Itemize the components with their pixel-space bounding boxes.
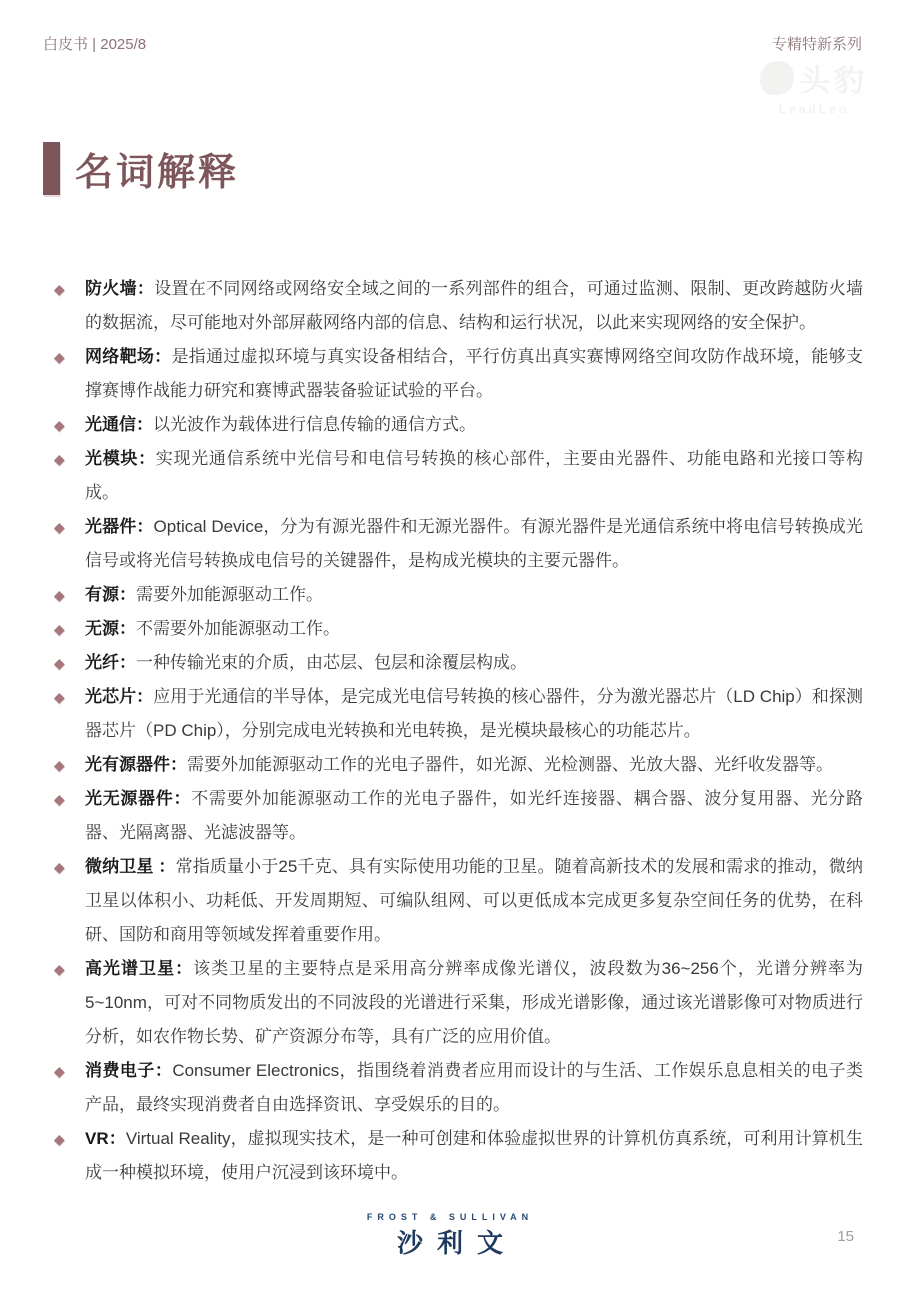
term-item: ◆ 微纳卫星 ：常指质量小于25千克、具有实际使用功能的卫星。随着高新技术的发展… bbox=[43, 850, 863, 952]
term-definition: 实现光通信系统中光信号和电信号转换的核心部件，主要由光器件、功能电路和光接口等构… bbox=[85, 449, 863, 502]
header-right-label: 专精特新系列 bbox=[772, 33, 862, 54]
term-name: 光无源器件： bbox=[85, 789, 191, 808]
section-title-row: 名词解释 bbox=[43, 141, 239, 196]
term-item: ◆ 有源：需要外加能源驱动工作。 bbox=[43, 578, 863, 612]
term-definition: 该类卫星的主要特点是采用高分辨率成像光谱仪，波段数为36~256个，光谱分辨率为… bbox=[85, 959, 863, 1046]
page-header: 白皮书 | 2025/8 专精特新系列 bbox=[43, 33, 862, 54]
term-name: 光通信： bbox=[85, 415, 153, 434]
page-title: 名词解释 bbox=[75, 141, 239, 196]
term-definition: 以光波作为载体进行信息传输的通信方式。 bbox=[153, 415, 476, 434]
term-definition: 不需要外加能源驱动工作的光电子器件，如光纤连接器、耦合器、波分复用器、光分路器、… bbox=[85, 789, 863, 842]
term-item: ◆ 光纤：一种传输光束的介质，由芯层、包层和涂覆层构成。 bbox=[43, 646, 863, 680]
diamond-bullet-icon: ◆ bbox=[43, 1054, 85, 1122]
term-definition: 需要外加能源驱动工作的光电子器件，如光源、光检测器、光放大器、光纤收发器等。 bbox=[187, 755, 833, 774]
logo-wordmark-en: FROST & SULLIVAN bbox=[0, 1212, 900, 1222]
diamond-bullet-icon: ◆ bbox=[43, 646, 85, 680]
term-name: 光芯片： bbox=[85, 687, 153, 706]
page-number: 15 bbox=[837, 1228, 854, 1245]
term-item: ◆ 高光谱卫星：该类卫星的主要特点是采用高分辨率成像光谱仪，波段数为36~256… bbox=[43, 952, 863, 1054]
term-item: ◆ VR：Virtual Reality，虚拟现实技术，是一种可创建和体验虚拟世… bbox=[43, 1122, 863, 1190]
term-item: ◆ 光模块：实现光通信系统中光信号和电信号转换的核心部件，主要由光器件、功能电路… bbox=[43, 442, 863, 510]
glossary-list: ◆ 防火墙：设置在不同网络或网络安全域之间的一系列部件的组合，可通过监测、限制、… bbox=[43, 272, 863, 1190]
term-item: ◆ 防火墙：设置在不同网络或网络安全域之间的一系列部件的组合，可通过监测、限制、… bbox=[43, 272, 863, 340]
term-name: 高光谱卫星： bbox=[85, 959, 193, 978]
term-definition: 需要外加能源驱动工作。 bbox=[136, 585, 323, 604]
diamond-bullet-icon: ◆ bbox=[43, 612, 85, 646]
term-name: 光纤： bbox=[85, 653, 136, 672]
title-accent-bar bbox=[43, 142, 60, 195]
diamond-bullet-icon: ◆ bbox=[43, 340, 85, 408]
term-item: ◆ 光有源器件：需要外加能源驱动工作的光电子器件，如光源、光检测器、光放大器、光… bbox=[43, 748, 863, 782]
diamond-bullet-icon: ◆ bbox=[43, 782, 85, 850]
diamond-bullet-icon: ◆ bbox=[43, 952, 85, 1054]
term-name: 光模块： bbox=[85, 449, 156, 468]
leopard-logo-icon bbox=[760, 61, 794, 95]
header-left-label: 白皮书 | 2025/8 bbox=[43, 33, 146, 54]
term-name: 光器件： bbox=[85, 517, 154, 536]
diamond-bullet-icon: ◆ bbox=[43, 442, 85, 510]
logo-wordmark-cn: 沙利文 bbox=[0, 1223, 900, 1260]
term-name: 防火墙： bbox=[85, 279, 154, 298]
term-definition: Optical Device，分为有源光器件和无源光器件。有源光器件是光通信系统… bbox=[85, 517, 863, 570]
term-item: ◆ 光无源器件：不需要外加能源驱动工作的光电子器件，如光纤连接器、耦合器、波分复… bbox=[43, 782, 863, 850]
term-item: ◆ 网络靶场：是指通过虚拟环境与真实设备相结合，平行仿真出真实赛博网络空间攻防作… bbox=[43, 340, 863, 408]
term-name: 无源： bbox=[85, 619, 136, 638]
term-definition: 应用于光通信的半导体，是完成光电信号转换的核心器件，分为激光器芯片（LD Chi… bbox=[85, 687, 863, 740]
diamond-bullet-icon: ◆ bbox=[43, 680, 85, 748]
term-definition: Consumer Electronics，指围绕着消费者应用而设计的与生活、工作… bbox=[85, 1061, 863, 1114]
term-definition: 是指通过虚拟环境与真实设备相结合，平行仿真出真实赛博网络空间攻防作战环境，能够支… bbox=[85, 347, 863, 400]
diamond-bullet-icon: ◆ bbox=[43, 850, 85, 952]
document-page: 白皮书 | 2025/8 专精特新系列 头豹 LeadLeo 名词解释 ◆ 防火… bbox=[0, 0, 900, 1300]
term-name: VR： bbox=[85, 1129, 126, 1148]
term-name: 有源： bbox=[85, 585, 136, 604]
diamond-bullet-icon: ◆ bbox=[43, 408, 85, 442]
diamond-bullet-icon: ◆ bbox=[43, 748, 85, 782]
term-definition: 设置在不同网络或网络安全域之间的一系列部件的组合，可通过监测、限制、更改跨越防火… bbox=[85, 279, 863, 332]
term-item: ◆ 无源：不需要外加能源驱动工作。 bbox=[43, 612, 863, 646]
term-definition: 一种传输光束的介质，由芯层、包层和涂覆层构成。 bbox=[136, 653, 527, 672]
term-definition: 常指质量小于25千克、具有实际使用功能的卫星。随着高新技术的发展和需求的推动，微… bbox=[85, 857, 863, 944]
diamond-bullet-icon: ◆ bbox=[43, 510, 85, 578]
watermark-latin: LeadLeo bbox=[734, 102, 894, 116]
term-name: 消费电子： bbox=[85, 1061, 172, 1080]
term-definition: 不需要外加能源驱动工作。 bbox=[136, 619, 340, 638]
term-definition: Virtual Reality，虚拟现实技术，是一种可创建和体验虚拟世界的计算机… bbox=[85, 1129, 863, 1182]
watermark-name: 头豹 bbox=[800, 56, 868, 100]
term-item: ◆ 光芯片：应用于光通信的半导体，是完成光电信号转换的核心器件，分为激光器芯片（… bbox=[43, 680, 863, 748]
diamond-bullet-icon: ◆ bbox=[43, 272, 85, 340]
term-name: 光有源器件： bbox=[85, 755, 187, 774]
term-item: ◆ 光器件：Optical Device，分为有源光器件和无源光器件。有源光器件… bbox=[43, 510, 863, 578]
diamond-bullet-icon: ◆ bbox=[43, 578, 85, 612]
term-name: 网络靶场： bbox=[85, 347, 171, 366]
term-name: 微纳卫星 ： bbox=[85, 857, 176, 876]
term-item: ◆ 光通信：以光波作为载体进行信息传输的通信方式。 bbox=[43, 408, 863, 442]
diamond-bullet-icon: ◆ bbox=[43, 1122, 85, 1190]
frost-sullivan-logo: FROST & SULLIVAN 沙利文 bbox=[0, 1212, 900, 1260]
term-item: ◆ 消费电子：Consumer Electronics，指围绕着消费者应用而设计… bbox=[43, 1054, 863, 1122]
leadleo-watermark: 头豹 LeadLeo bbox=[734, 56, 894, 116]
